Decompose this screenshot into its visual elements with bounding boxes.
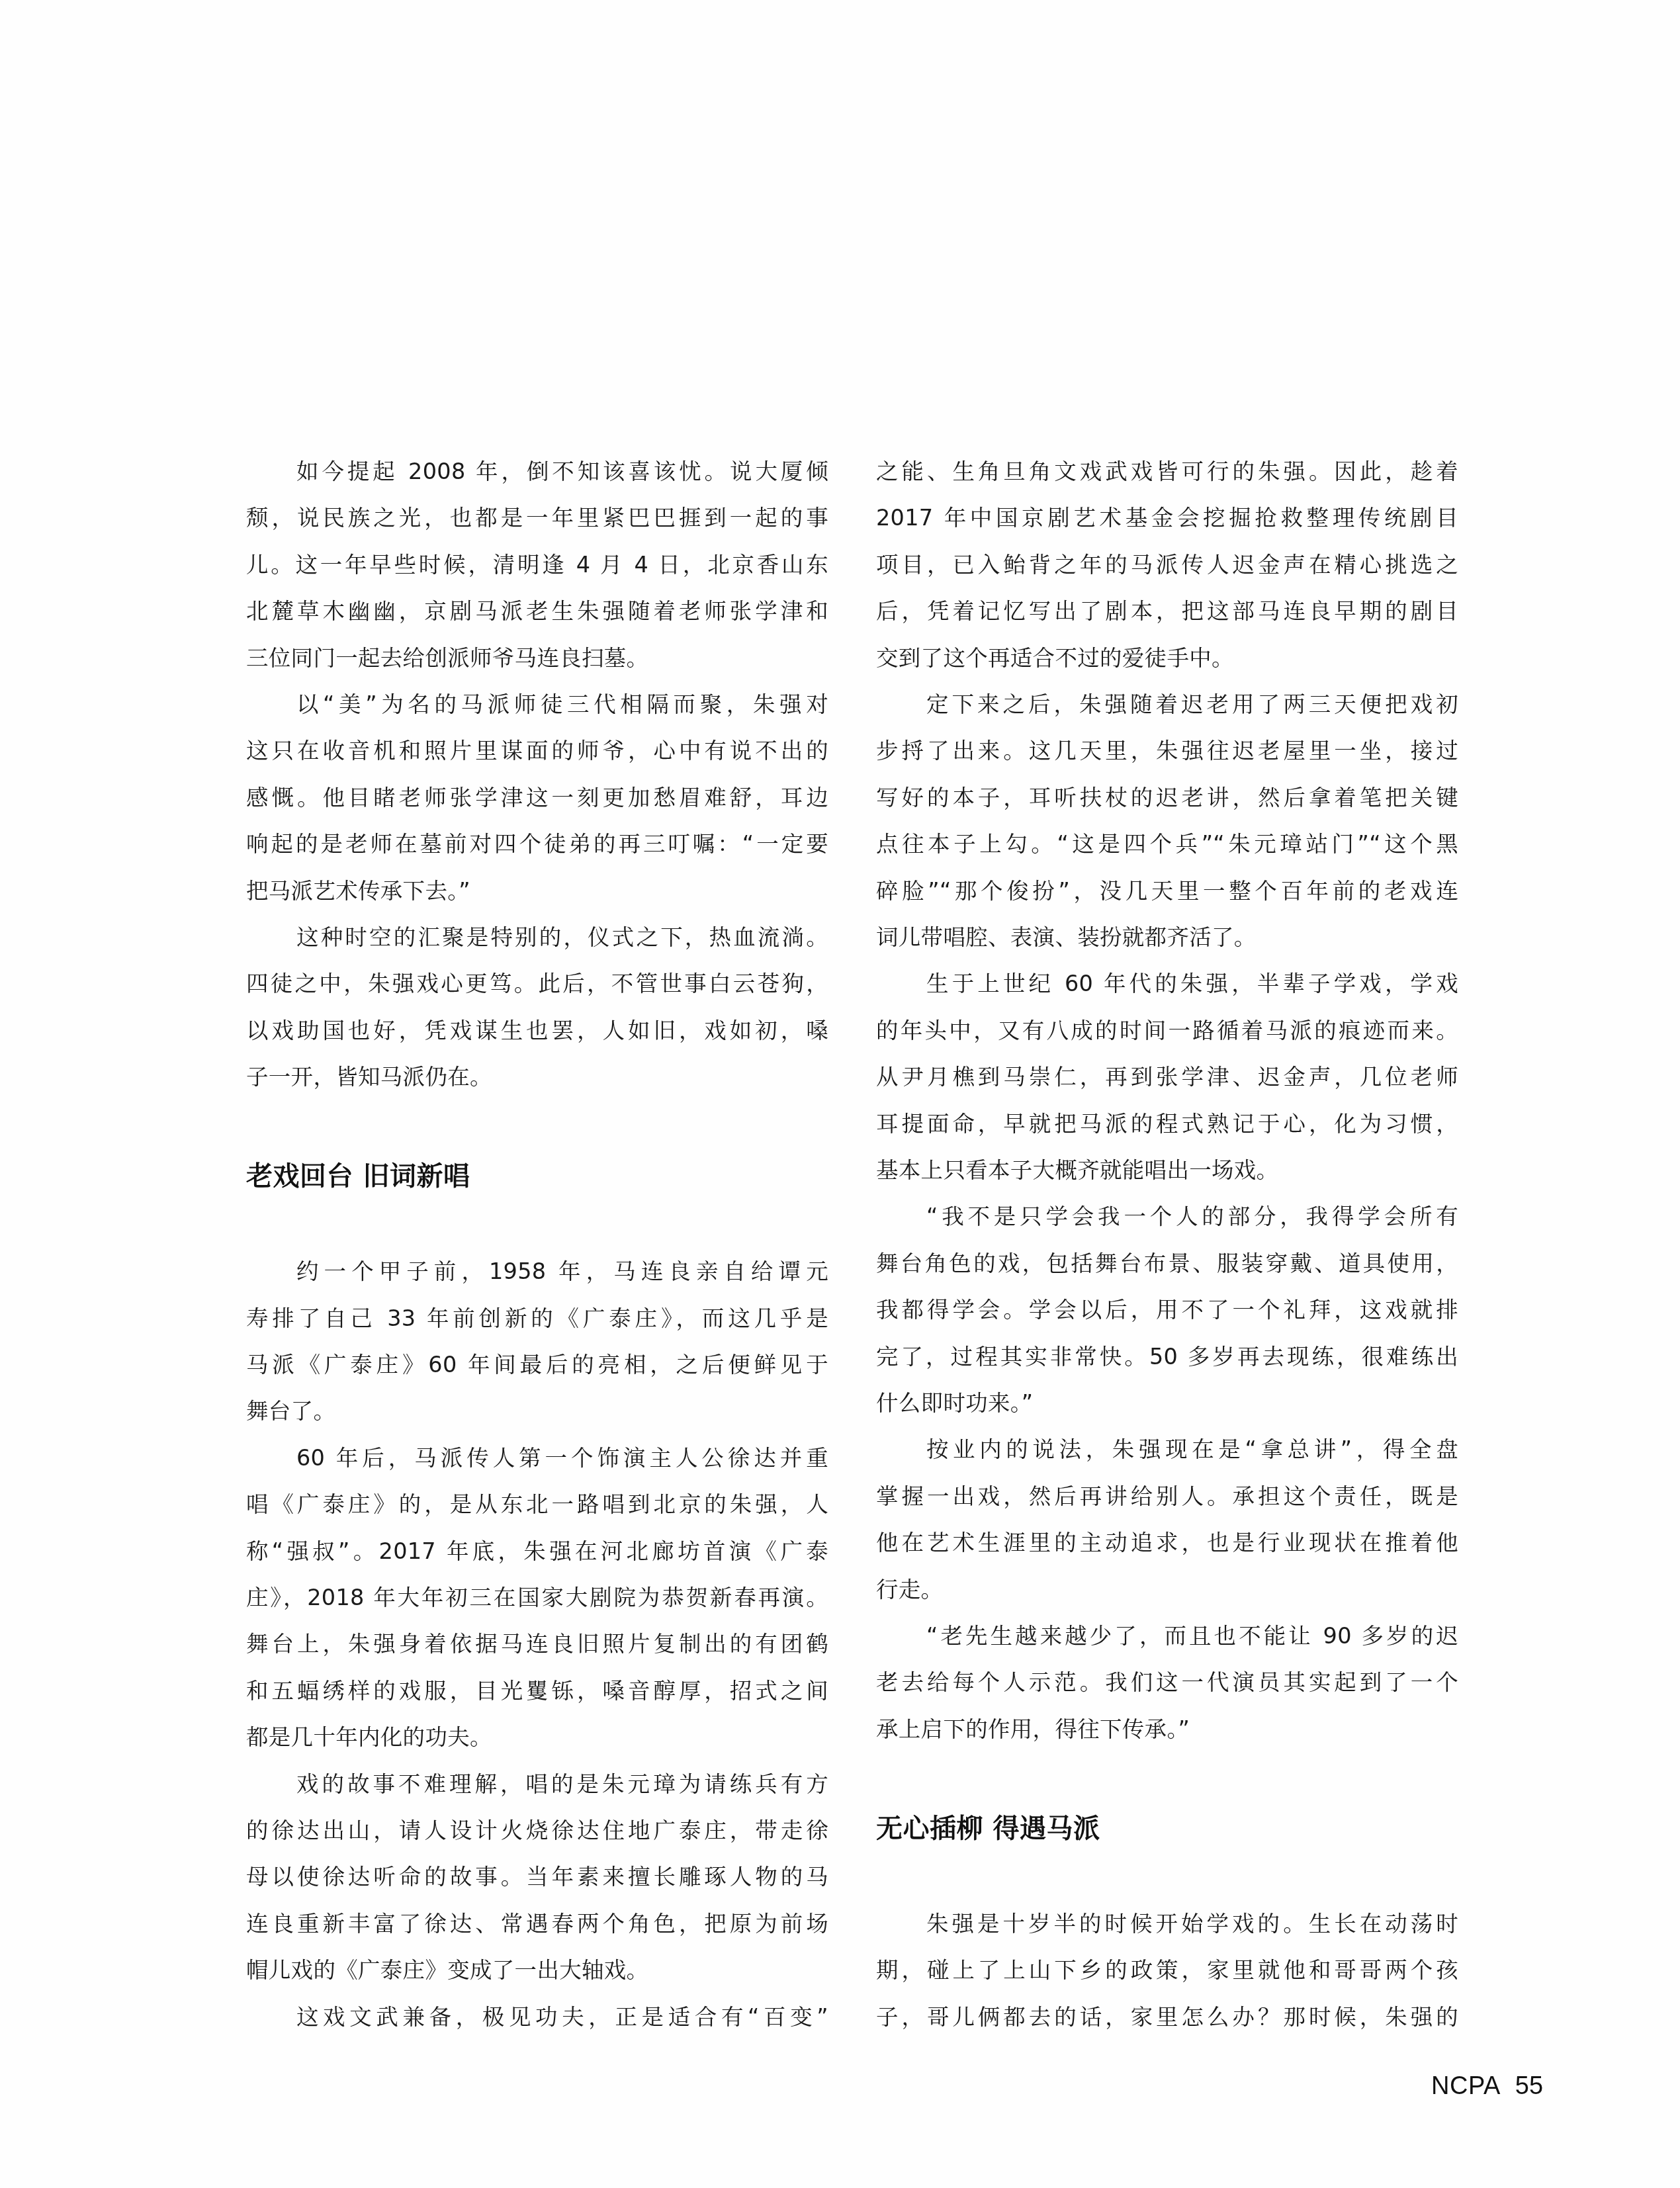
text-line: 60 年后，马派传人第一个饰演主人公徐达并重	[246, 1442, 828, 1475]
text-line: 响起的是老师在墓前对四个徒弟的再三叮嘱：“一定要	[246, 828, 828, 861]
text-line: 项目，已入鲐背之年的马派传人迟金声在精心挑选之	[876, 548, 1458, 582]
text-line: 母以使徐达听命的故事。当年素来擅长雕琢人物的马	[246, 1860, 828, 1894]
text-line: 马派《广泰庄》60 年间最后的亮相，之后便鲜见于	[246, 1348, 828, 1381]
text-line: 之能、生角旦角文戏武戏皆可行的朱强。因此，趁着	[876, 455, 1458, 488]
text-line: 这戏文武兼备，极见功夫，正是适合有“百变”	[246, 2001, 828, 2034]
text-line: 完了，过程其实非常快。50 多岁再去现练，很难练出	[876, 1340, 1458, 1374]
text-line: 北麓草木幽幽，京剧马派老生朱强随着老师张学津和	[246, 595, 828, 628]
text-line: 儿。这一年早些时候，清明逢 4 月 4 日，北京香山东	[246, 548, 828, 582]
text-line: 寿排了自己 33 年前创新的《广泰庄》，而这几乎是	[246, 1302, 828, 1335]
text-line: “老先生越来越少了，而且也不能让 90 多岁的迟	[876, 1620, 1458, 1653]
text-line: 三位同门一起去给创派师爷马连良扫墓。	[246, 642, 828, 675]
text-line: 戏的故事不难理解，唱的是朱元璋为请练兵有方	[246, 1768, 828, 1801]
text-line: 称“强叔”。2017 年底，朱强在河北廊坊首演《广泰	[246, 1535, 828, 1568]
text-line: 这种时空的汇聚是特别的，仪式之下，热血流淌。	[246, 921, 828, 954]
text-line: 他在艺术生涯里的主动追求，也是行业现状在推着他	[876, 1526, 1458, 1559]
text-line: 掌握一出戏，然后再讲给别人。承担这个责任，既是	[876, 1480, 1458, 1513]
text-line: 舞台角色的戏，包括舞台布景、服装穿戴、道具使用，	[876, 1247, 1458, 1280]
text-line: 后，凭着记忆写出了剧本，把这部马连良早期的剧目	[876, 595, 1458, 628]
text-line: 的徐达出山，请人设计火烧徐达住地广泰庄，带走徐	[246, 1814, 828, 1847]
text-line: 从尹月樵到马崇仁，再到张学津、迟金声，几位老师	[876, 1061, 1458, 1094]
text-line: 老去给每个人示范。我们这一代演员其实起到了一个	[876, 1666, 1458, 1699]
text-line: 定下来之后，朱强随着迟老用了两三天便把戏初	[876, 688, 1458, 721]
text-line: 生于上世纪 60 年代的朱强，半辈子学戏，学戏	[876, 967, 1458, 1000]
text-line: 如今提起 2008 年，倒不知该喜该忧。说大厦倾	[246, 455, 828, 488]
text-line: 颓，说民族之光，也都是一年里紧巴巴捱到一起的事	[246, 502, 828, 535]
text-line: 朱强是十岁半的时候开始学戏的。生长在动荡时	[876, 1907, 1458, 1941]
text-line: 把马派艺术传承下去。”	[246, 875, 828, 908]
text-line: 以戏助国也好，凭戏谋生也罢，人如旧，戏如初，嗓	[246, 1014, 828, 1047]
text-line: 写好的本子，耳听扶杖的迟老讲，然后拿着笔把关键	[876, 781, 1458, 814]
text-line: 帽儿戏的《广泰庄》变成了一出大轴戏。	[246, 1954, 828, 1987]
text-line: 期，碰上了上山下乡的政策，家里就他和哥哥两个孩	[876, 1954, 1458, 1987]
text-line: 交到了这个再适合不过的爱徒手中。	[876, 642, 1458, 675]
text-line: 基本上只看本子大概齐就能唱出一场戏。	[876, 1154, 1458, 1187]
text-line: 我都得学会。学会以后，用不了一个礼拜，这戏就排	[876, 1293, 1458, 1327]
text-line: 2017 年中国京剧艺术基金会挖掘抢救整理传统剧目	[876, 502, 1458, 535]
section-heading: 无心插柳 得遇马派	[876, 1810, 1100, 1847]
text-line: 碎脸”“那个俊扮”，没几天里一整个百年前的老戏连	[876, 875, 1458, 908]
publication-name: NCPA	[1431, 2072, 1501, 2100]
text-line: 词儿带唱腔、表演、装扮就都齐活了。	[876, 921, 1458, 954]
text-line: 庄》，2018 年大年初三在国家大剧院为恭贺新春再演。	[246, 1581, 828, 1614]
text-line: 约一个甲子前，1958 年，马连良亲自给谭元	[246, 1255, 828, 1288]
text-line: 都是几十年内化的功夫。	[246, 1721, 828, 1754]
text-line: 子，哥儿俩都去的话，家里怎么办？那时候，朱强的	[876, 2001, 1458, 2034]
text-line: 这只在收音机和照片里谋面的师爷，心中有说不出的	[246, 734, 828, 767]
text-line: 和五蝠绣样的戏服，目光矍铄，嗓音醇厚，招式之间	[246, 1675, 828, 1708]
text-line: 舞台上，朱强身着依据马连良旧照片复制出的有团鹤	[246, 1628, 828, 1661]
text-line: 什么即时功来。”	[876, 1387, 1458, 1420]
magazine-page: 如今提起 2008 年，倒不知该喜该忧。说大厦倾颓，说民族之光，也都是一年里紧巴…	[0, 0, 1680, 2188]
text-line: 耳提面命，早就把马派的程式熟记于心，化为习惯，	[876, 1108, 1458, 1141]
text-line: 步捋了出来。这几天里，朱强往迟老屋里一坐，接过	[876, 734, 1458, 767]
text-line: 连良重新丰富了徐达、常遇春两个角色，把原为前场	[246, 1907, 828, 1941]
text-line: 感慨。他目睹老师张学津这一刻更加愁眉难舒，耳边	[246, 781, 828, 814]
text-line: 唱《广泰庄》的，是从东北一路唱到北京的朱强，人	[246, 1488, 828, 1521]
text-line: 承上启下的作用，得往下传承。”	[876, 1713, 1458, 1746]
text-line: 的年头中，又有八成的时间一路循着马派的痕迹而来。	[876, 1014, 1458, 1047]
text-line: “我不是只学会我一个人的部分，我得学会所有	[876, 1200, 1458, 1233]
text-line: 舞台了。	[246, 1395, 828, 1428]
text-line: 按业内的说法，朱强现在是“拿总讲”，得全盘	[876, 1433, 1458, 1466]
section-heading: 老戏回台 旧词新唱	[246, 1158, 470, 1195]
text-line: 点往本子上勾。“这是四个兵”“朱元璋站门”“这个黑	[876, 828, 1458, 861]
text-line: 以“美”为名的马派师徒三代相隔而聚，朱强对	[246, 688, 828, 721]
page-footer: NCPA55	[1431, 2070, 1543, 2103]
page-number: 55	[1515, 2072, 1543, 2100]
text-line: 子一开，皆知马派仍在。	[246, 1061, 828, 1094]
text-line: 四徒之中，朱强戏心更笃。此后，不管世事白云苍狗，	[246, 967, 828, 1000]
text-line: 行走。	[876, 1573, 1458, 1606]
